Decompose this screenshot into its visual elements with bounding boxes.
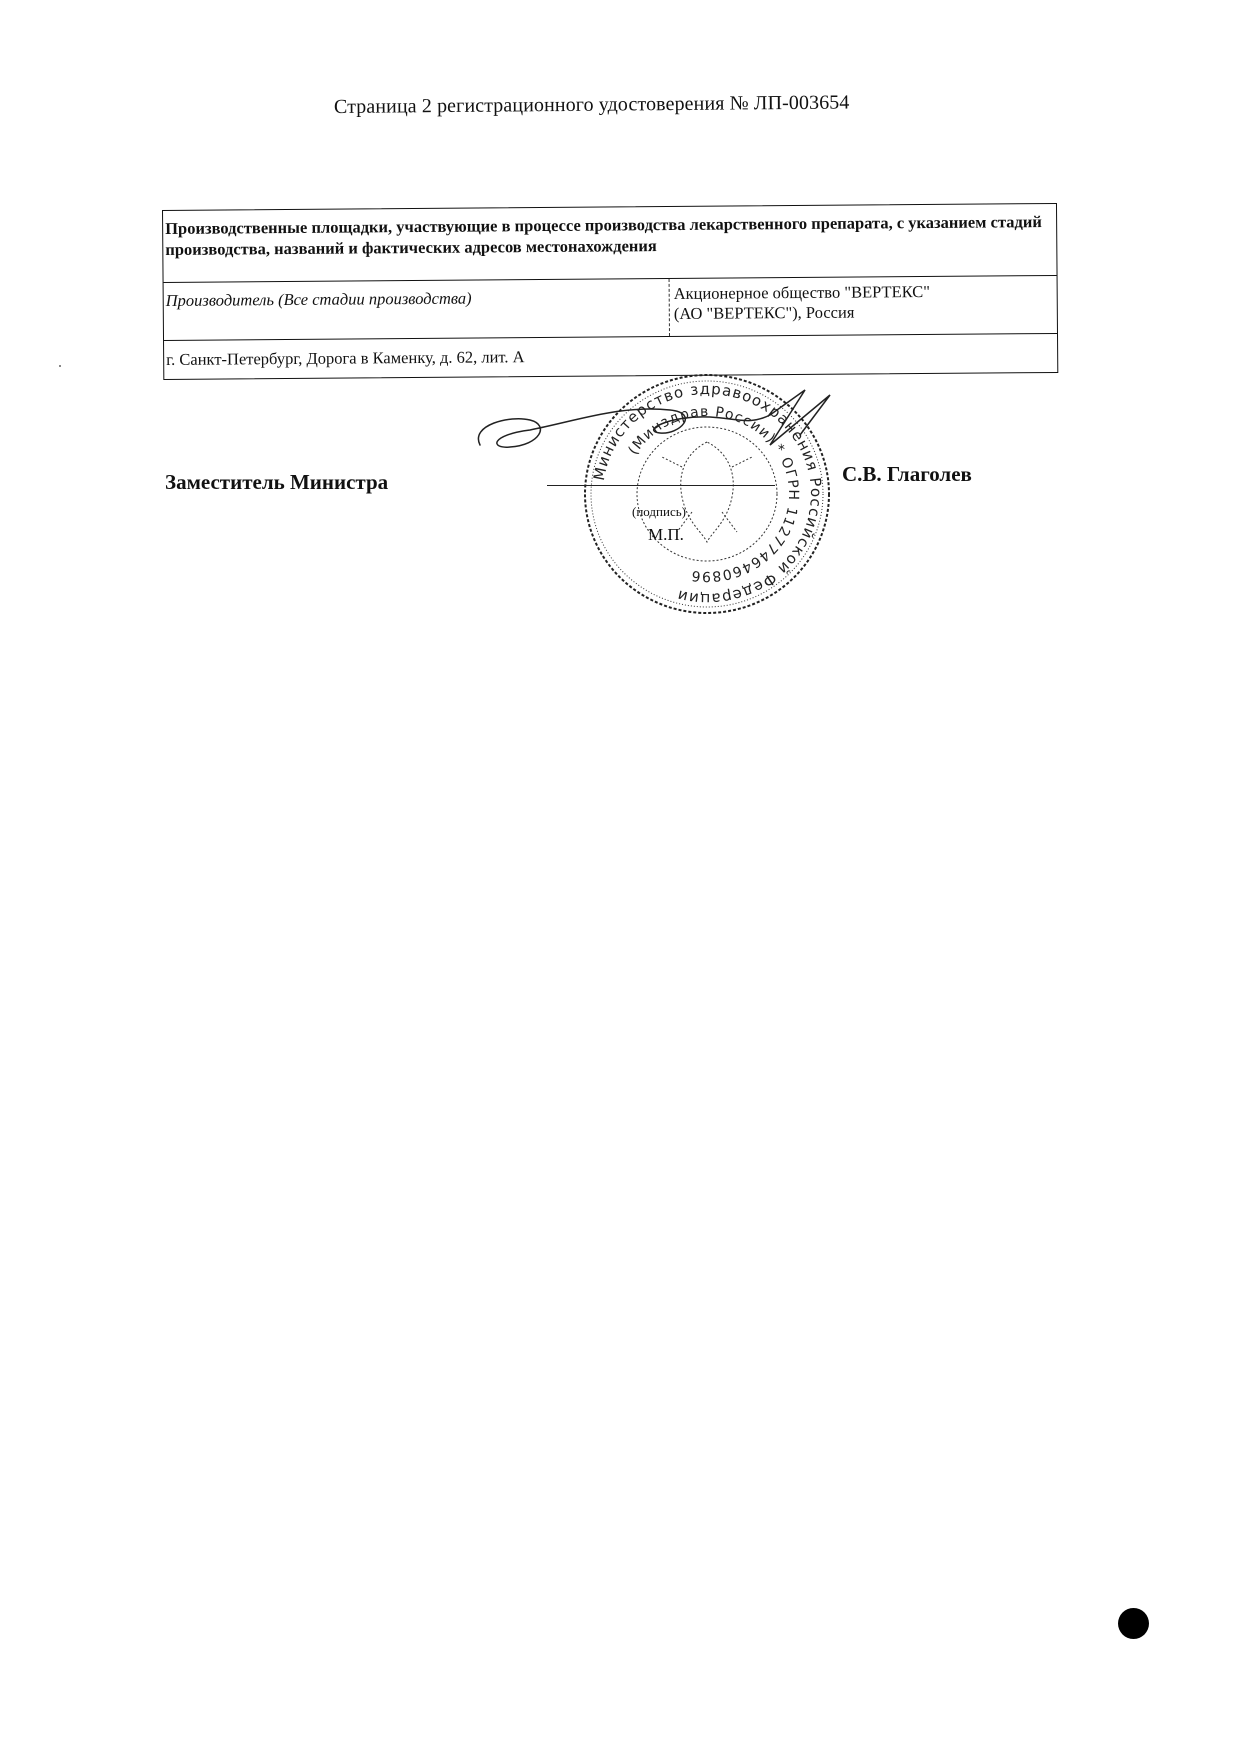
producer-role-cell: Производитель (Все стадии производства) — [164, 279, 669, 340]
scan-speck — [59, 365, 61, 367]
seal-caption: М.П. — [648, 525, 684, 545]
handwritten-signature-icon — [470, 385, 850, 505]
signer-title: Заместитель Министра — [165, 470, 388, 495]
address-text: г. Санкт-Петербург, Дорога в Каменку, д.… — [166, 347, 524, 369]
table-header-row: Производственные площадки, участвующие в… — [163, 204, 1057, 283]
page-title: Страница 2 регистрационного удостоверени… — [334, 92, 850, 119]
signature-caption: (подпись) — [632, 504, 686, 520]
table-row-producer: Производитель (Все стадии производства) … — [164, 276, 1057, 341]
signature-line — [547, 485, 775, 486]
company-name-line2: (АО "ВЕРТЕКС"), Россия — [674, 301, 1053, 324]
production-sites-table: Производственные площадки, участвующие в… — [162, 203, 1058, 380]
company-cell: Акционерное общество "ВЕРТЕКС" (АО "ВЕРТ… — [669, 276, 1057, 336]
table-header-text: Производственные площадки, участвующие в… — [165, 212, 1042, 259]
signer-name: С.В. Глаголев — [842, 462, 972, 487]
scan-dot-mark — [1118, 1608, 1149, 1639]
